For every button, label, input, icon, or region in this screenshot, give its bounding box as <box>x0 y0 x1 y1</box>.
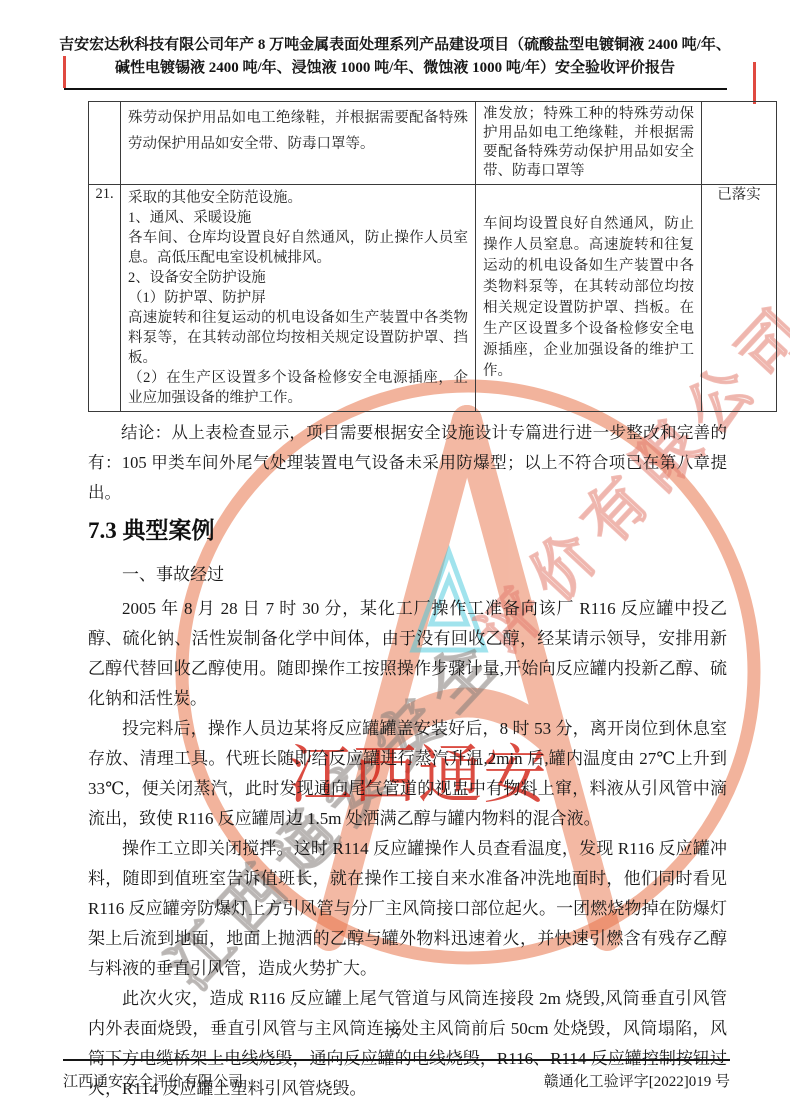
cell-implementation-status: 已落实 <box>702 185 777 412</box>
body-paragraph: 此次火灾，造成 R116 反应罐上尾气管道与风筒连接段 2m 烧毁,风筒垂直引风… <box>88 984 727 1104</box>
report-title-line1: 吉安宏达秋科技有限公司年产 8 万吨金属表面处理系列产品建设项目（硫酸盐型电镀铜… <box>0 34 790 57</box>
body-paragraph: 操作工立即关闭搅拌。这时 R114 反应罐操作人员查看温度，发现 R116 反应… <box>88 834 727 984</box>
subsection-heading-accident: 一、事故经过 <box>88 560 727 590</box>
cell-actual-situation: 准发放；特殊工种的特殊劳动保护用品如电工绝缘鞋，并根据需要配备特殊劳动保护用品如… <box>476 102 702 185</box>
body-paragraph: 2005 年 8 月 28 日 7 时 30 分，某化工厂操作工准备向该厂 R1… <box>88 594 727 714</box>
report-page: 江西通安安全评价有限公司 江西通安 吉安宏达秋科技有限公司年产 8 万吨金属表面… <box>0 0 790 1119</box>
page-content: 吉安宏达秋科技有限公司年产 8 万吨金属表面处理系列产品建设项目（硫酸盐型电镀铜… <box>0 0 790 1104</box>
cell-row-number: 21. <box>89 185 121 412</box>
table-row: 殊劳动保护用品如电工绝缘鞋，并根据需要配备特殊劳动保护用品如安全带、防毒口罩等。… <box>89 102 777 185</box>
conclusion-paragraph: 结论：从上表检查显示，项目需要根据安全设施设计专篇进行进一步整改和完善的有：10… <box>88 418 727 508</box>
cell-design-requirement: 采取的其他安全防范设施。 1、通风、采暖设施 各车间、仓库均设置良好自然通风，防… <box>121 185 476 412</box>
report-title-line2: 碱性电镀锡液 2400 吨/年、浸蚀液 1000 吨/年、微蚀液 1000 吨/… <box>0 57 790 80</box>
section-heading-7-3: 7.3 典型案例 <box>88 516 790 546</box>
cell-actual-situation: 车间均设置良好自然通风，防止操作人员窒息。高速旋转和往复运动的机电设备如生产装置… <box>476 185 702 412</box>
header-divider <box>64 88 727 90</box>
safety-facility-check-table: 殊劳动保护用品如电工绝缘鞋，并根据需要配备特殊劳动保护用品如安全带、防毒口罩等。… <box>88 101 777 412</box>
body-paragraph: 投完料后，操作人员边某将反应罐罐盖安装好后，8 时 53 分，离开岗位到休息室存… <box>88 714 727 834</box>
cell-design-requirement: 殊劳动保护用品如电工绝缘鞋，并根据需要配备特殊劳动保护用品如安全带、防毒口罩等。 <box>121 102 476 185</box>
report-header: 吉安宏达秋科技有限公司年产 8 万吨金属表面处理系列产品建设项目（硫酸盐型电镀铜… <box>0 0 790 80</box>
cell-row-number <box>89 102 121 185</box>
table-row: 21. 采取的其他安全防范设施。 1、通风、采暖设施 各车间、仓库均设置良好自然… <box>89 185 777 412</box>
cell-implementation-status <box>702 102 777 185</box>
